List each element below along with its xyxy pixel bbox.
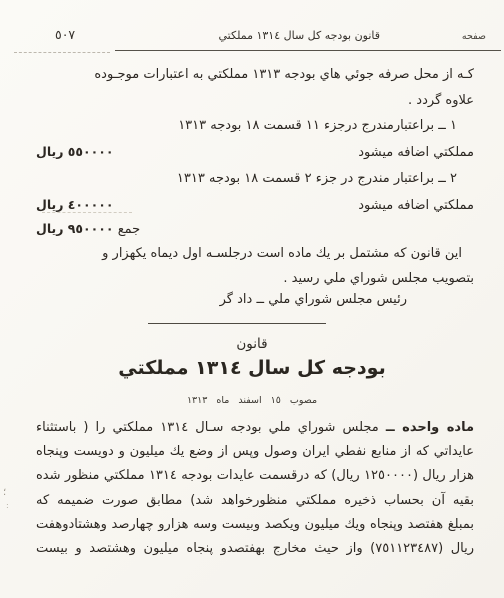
law-subheading: بودجه كل سال ١٣١٤ مملكتي: [0, 357, 504, 379]
total-row: جمع ٩٥٠٠٠٠ ريال: [36, 218, 474, 241]
article-line-2: عايداتي كه از منابع نفطي ايران وصول وپس …: [36, 441, 474, 464]
intro-line-1: كـه از محل صرفه جوئي هاي بودجه ١٣١٣ مملك…: [36, 64, 474, 87]
signature-line: رئيس مجلس شوراي ملي ــ داد گر: [220, 292, 407, 307]
scan-speck-2: :: [6, 502, 9, 510]
budget-item-2-continuation: مملكتي اضافه ميشود: [358, 195, 474, 216]
header-page-number: ٥٠٧: [55, 27, 75, 42]
header-rule: [115, 50, 501, 51]
scanned-document-page: صفحه قانون بودجه كل سال ١٣١٤ مملكتي ٥٠٧ …: [0, 0, 504, 598]
budget-item-1-amount: ٥٥٠٠٠٠ ريال: [36, 141, 114, 162]
ratification-line-1: اين قانون كه مشتمل بر يك ماده است درجلسـ…: [36, 243, 474, 266]
header-rule-dashed: [14, 52, 110, 53]
scan-speck: ؛: [3, 488, 6, 498]
article-line-3: هزار ريال (١٢٥٠٠٠٠ ريال) كه درقسمت عايدا…: [36, 465, 474, 488]
budget-item-1-row: مملكتي اضافه ميشود ٥٥٠٠٠٠ ريال: [36, 141, 474, 164]
budget-item-1-clause: ١ ــ براعتبارمندرج درجزء ١١ قسمت ١٨ بودج…: [36, 115, 474, 138]
article-line-4: بقيه آن بحساب ذخيره مملكتي منظورخواهد شد…: [36, 490, 474, 513]
budget-item-2-row: مملكتي اضافه ميشود ٤٠٠٠٠٠ ريال: [36, 194, 474, 217]
budget-item-2-clause: ٢ ــ براعتبار مندرج در جزء ٢ قسمت ١٨ بود…: [36, 168, 474, 191]
article-line-1: ماده واحده ــ مجلس شوراي ملي بودجه سـال …: [36, 417, 474, 440]
law-heading: قانون: [0, 336, 504, 352]
header-page-label: صفحه: [462, 31, 486, 42]
law-approval-date: مصوب ١٥ اسفند ماه ١٣١٣: [0, 395, 504, 406]
intro-line-2: علاوه گردد .: [36, 90, 474, 113]
section-divider: [148, 323, 326, 324]
article-line-6: ريال (٧٥١١٢٣٤٨٧) واز حيث مخارج بهفتصدو پ…: [36, 538, 474, 561]
budget-item-1-continuation: مملكتي اضافه ميشود: [358, 142, 474, 163]
header-running-title: قانون بودجه كل سال ١٣١٤ مملكتي: [219, 29, 380, 42]
ratification-line-2: بتصويب مجلس شوراي ملي رسيد .: [36, 268, 474, 291]
article-line-5: بمبلغ هفتصد وپنجاه ويك ميليون ويكصد وبيس…: [36, 514, 474, 537]
scan-artifact-dashes: [42, 212, 132, 213]
article-lead: ماده واحده ــ: [386, 420, 474, 435]
total-amount: ٩٥٠٠٠٠ ريال: [36, 221, 114, 236]
total-label: جمع: [118, 222, 140, 237]
article-line-1-text: مجلس شوراي ملي بودجه سـال ١٣١٤ مملكتي را…: [36, 420, 379, 435]
